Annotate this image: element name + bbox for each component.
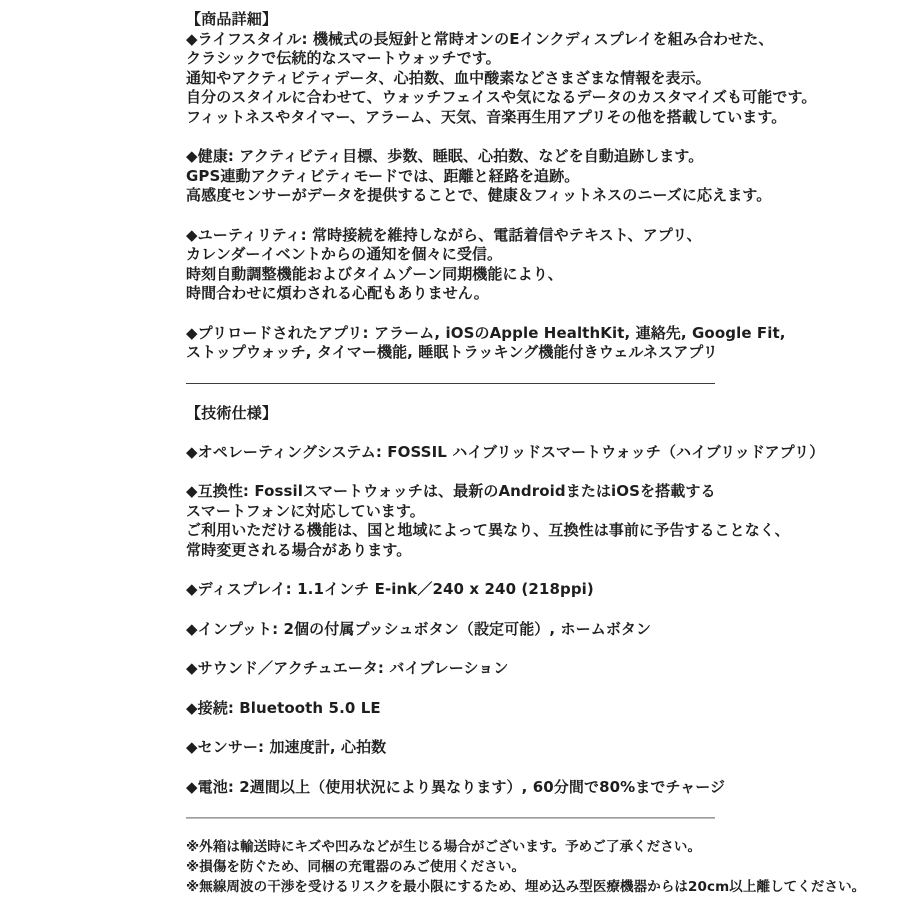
text-line: ご利用いただける機能は、国と地域によって異なり、互換性は事前に予告することなく、 xyxy=(186,521,715,541)
section-divider xyxy=(186,383,715,384)
text-line: 高感度センサーがデータを提供することで、健康＆フィットネスのニーズに応えます。 xyxy=(186,186,715,206)
paragraph-sensors: ◆センサー: 加速度計, 心拍数 xyxy=(186,738,715,758)
text-line: ◆プリロードされたアプリ: アラーム, iOSのApple HealthKit,… xyxy=(186,324,715,344)
note-line: ※無線周波の干渉を受けるリスクを最小限にするため、埋め込み型医療機器からは20c… xyxy=(186,877,715,897)
text-line: GPS連動アクティビティモードでは、距離と経路を追跡。 xyxy=(186,167,715,187)
paragraph-input: ◆インプット: 2個の付属プッシュボタン（設定可能）, ホームボタン xyxy=(186,620,715,640)
text-line: 常時変更される場合があります。 xyxy=(186,541,715,561)
paragraph-preloaded-apps: ◆プリロードされたアプリ: アラーム, iOSのApple HealthKit,… xyxy=(186,324,715,363)
text-line: 自分のスタイルに合わせて、ウォッチフェイスや気になるデータのカスタマイズも可能で… xyxy=(186,88,715,108)
text-line: ストップウォッチ, タイマー機能, 睡眠トラッキング機能付きウェルネスアプリ xyxy=(186,343,715,363)
text-line: ◆電池: 2週間以上（使用状況により異なります）, 60分間で80%までチャージ xyxy=(186,778,715,798)
paragraph-health: ◆健康: アクティビティ目標、歩数、睡眠、心拍数、などを自動追跡します。 GPS… xyxy=(186,147,715,206)
text-line: ◆オペレーティングシステム: FOSSIL ハイブリッドスマートウォッチ（ハイブ… xyxy=(186,443,715,463)
paragraph-sound-actuator: ◆サウンド／アクチュエータ: バイブレーション xyxy=(186,659,715,679)
paragraph-operating-system: ◆オペレーティングシステム: FOSSIL ハイブリッドスマートウォッチ（ハイブ… xyxy=(186,443,715,463)
text-line: ◆接続: Bluetooth 5.0 LE xyxy=(186,699,715,719)
text-line: 時刻自動調整機能およびタイムゾーン同期機能により、 xyxy=(186,265,715,285)
paragraph-compatibility: ◆互換性: Fossilスマートウォッチは、最新のAndroidまたはiOSを搭… xyxy=(186,482,715,560)
text-line: ◆サウンド／アクチュエータ: バイブレーション xyxy=(186,659,715,679)
text-line: カレンダーイベントからの通知を個々に受信。 xyxy=(186,245,715,265)
text-line: ◆ディスプレイ: 1.1インチ E-ink／240 x 240 (218ppi) xyxy=(186,580,715,600)
section-heading-tech-specs: 【技術仕様】 xyxy=(186,404,715,424)
paragraph-utility: ◆ユーティリティ: 常時接続を維持しながら、電話着信やテキスト、アプリ、 カレン… xyxy=(186,226,715,304)
text-line: フィットネスやタイマー、アラーム、天気、音楽再生用アプリその他を搭載しています。 xyxy=(186,108,715,128)
paragraph-lifestyle: ◆ライフスタイル: 機械式の長短針と常時オンのEインクディスプレイを組み合わせた… xyxy=(186,30,715,128)
text-line: スマートフォンに対応しています。 xyxy=(186,502,715,522)
footer-divider xyxy=(186,817,715,819)
text-line: クラシックで伝統的なスマートウォッチです。 xyxy=(186,49,715,69)
text-line: ◆センサー: 加速度計, 心拍数 xyxy=(186,738,715,758)
paragraph-display: ◆ディスプレイ: 1.1インチ E-ink／240 x 240 (218ppi) xyxy=(186,580,715,600)
product-description-page: 【商品詳細】 ◆ライフスタイル: 機械式の長短針と常時オンのEインクディスプレイ… xyxy=(186,10,715,897)
paragraph-connectivity: ◆接続: Bluetooth 5.0 LE xyxy=(186,699,715,719)
text-line: ◆ユーティリティ: 常時接続を維持しながら、電話着信やテキスト、アプリ、 xyxy=(186,226,715,246)
note-line: ※損傷を防ぐため、同梱の充電器のみご使用ください。 xyxy=(186,857,715,877)
section-heading-product-details: 【商品詳細】 xyxy=(186,10,715,30)
text-line: ◆互換性: Fossilスマートウォッチは、最新のAndroidまたはiOSを搭… xyxy=(186,482,715,502)
text-line: ◆インプット: 2個の付属プッシュボタン（設定可能）, ホームボタン xyxy=(186,620,715,640)
text-line: 通知やアクティビティデータ、心拍数、血中酸素などさまざまな情報を表示。 xyxy=(186,69,715,89)
text-line: ◆ライフスタイル: 機械式の長短針と常時オンのEインクディスプレイを組み合わせた… xyxy=(186,30,715,50)
footer-notes: ※外箱は輸送時にキズや凹みなどが生じる場合がございます。予めご了承ください。 ※… xyxy=(186,837,715,897)
paragraph-battery: ◆電池: 2週間以上（使用状況により異なります）, 60分間で80%までチャージ xyxy=(186,778,715,798)
text-line: ◆健康: アクティビティ目標、歩数、睡眠、心拍数、などを自動追跡します。 xyxy=(186,147,715,167)
text-line: 時間合わせに煩わされる心配もありません。 xyxy=(186,284,715,304)
note-line: ※外箱は輸送時にキズや凹みなどが生じる場合がございます。予めご了承ください。 xyxy=(186,837,715,857)
